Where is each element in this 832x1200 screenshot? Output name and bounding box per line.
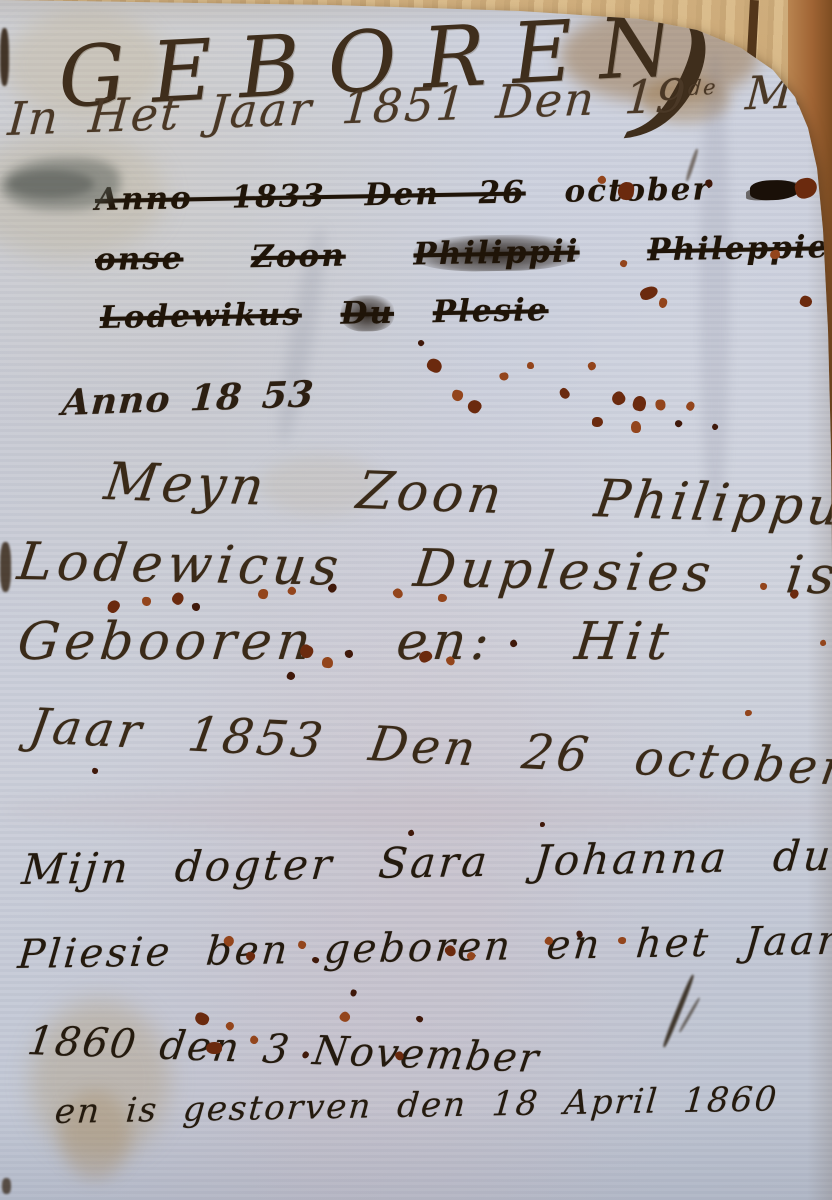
word [183,239,251,276]
foxing-spot [258,589,269,600]
word: Mey [715,63,832,122]
word: de [687,75,718,100]
word: Du [340,295,394,332]
stain [0,790,832,830]
foxing-spot [527,362,534,369]
word: onse [95,240,184,278]
word [394,294,433,331]
foxing-spot [618,937,627,945]
edge-mark [0,542,11,592]
foxing-spot [417,339,425,347]
anno-1853-line: Anno 18 53 [61,373,316,424]
paper-shadow-wrap: GEBOREN ) In Het Jaar 1851 Den 19de MeyA… [0,0,832,1200]
foxing-spot [142,597,152,607]
edge-mark [0,28,9,86]
daughter-entry-line-1: Mijn dogter Sara Johanna du [20,831,832,894]
foxing-spot [638,284,659,301]
foxing-spot [349,989,357,998]
foxing-spot [407,829,415,837]
foxing-spot [592,417,604,428]
smudge-mark [8,170,94,198]
foxing-spot [465,397,483,415]
word: Mijn dogter Sara Johanna du [20,831,832,894]
foxing-spot [631,395,647,413]
word: october [525,171,749,211]
son-entry-line-4: Jaar 1853 Den 26 october [26,698,832,797]
son-entry-line-3: Gebooren en: Hit [15,612,676,672]
son-entry-line-2: Lodewicus Duplesies is [14,532,832,606]
foxing-spot [499,372,509,381]
foxing-spot [192,603,201,612]
ink-blot [749,179,799,200]
photo-scene: GEBOREN ) In Het Jaar 1851 Den 19de MeyA… [0,0,832,1200]
foxing-spot [206,1042,222,1055]
word: Anno 1833 Den 26 [95,174,526,218]
word: Anno 18 53 [61,373,316,424]
foxing-spot [685,400,697,412]
foxing-spot [558,386,572,400]
word: Philippii [413,234,580,273]
word: Jaar 1853 Den 26 october [26,698,832,797]
foxing-spot [745,710,752,717]
foxing-spot [451,389,464,402]
foxing-spot [674,419,684,429]
word: Gebooren en: Hit [15,612,676,672]
word [579,232,647,269]
foxing-spot [587,361,598,372]
word: Plesie [432,292,548,330]
struck-entry-line-3: Lodewikus Du Plesie [100,292,549,336]
foxing-spot [425,356,444,374]
foxing-spot [91,767,98,774]
edge-mark [2,1178,11,1194]
foxing-spot [338,1010,352,1024]
word: Phileppies [647,229,832,269]
foxing-spot [415,1015,424,1024]
foxing-spot [631,421,641,433]
foxing-spot [322,657,334,669]
foxing-spot [798,294,813,308]
foxing-spot [655,399,666,411]
word: Zoon [251,238,346,276]
word: Pliesie ben geboren en het Jaar [16,918,832,978]
daughter-entry-line-2: Pliesie ben geboren en het Jaar [16,918,832,978]
word [301,296,340,333]
foxing-spot [658,297,668,309]
word: Lodewikus [100,296,302,336]
word [345,236,413,273]
word: Lodewicus Duplesies is [14,532,832,606]
stain [700,50,730,530]
foxing-spot [286,671,297,682]
foxing-spot [438,594,448,603]
foxing-spot [609,389,627,407]
foxing-spot [819,639,827,647]
paper: GEBOREN ) In Het Jaar 1851 Den 19de MeyA… [0,0,832,1200]
